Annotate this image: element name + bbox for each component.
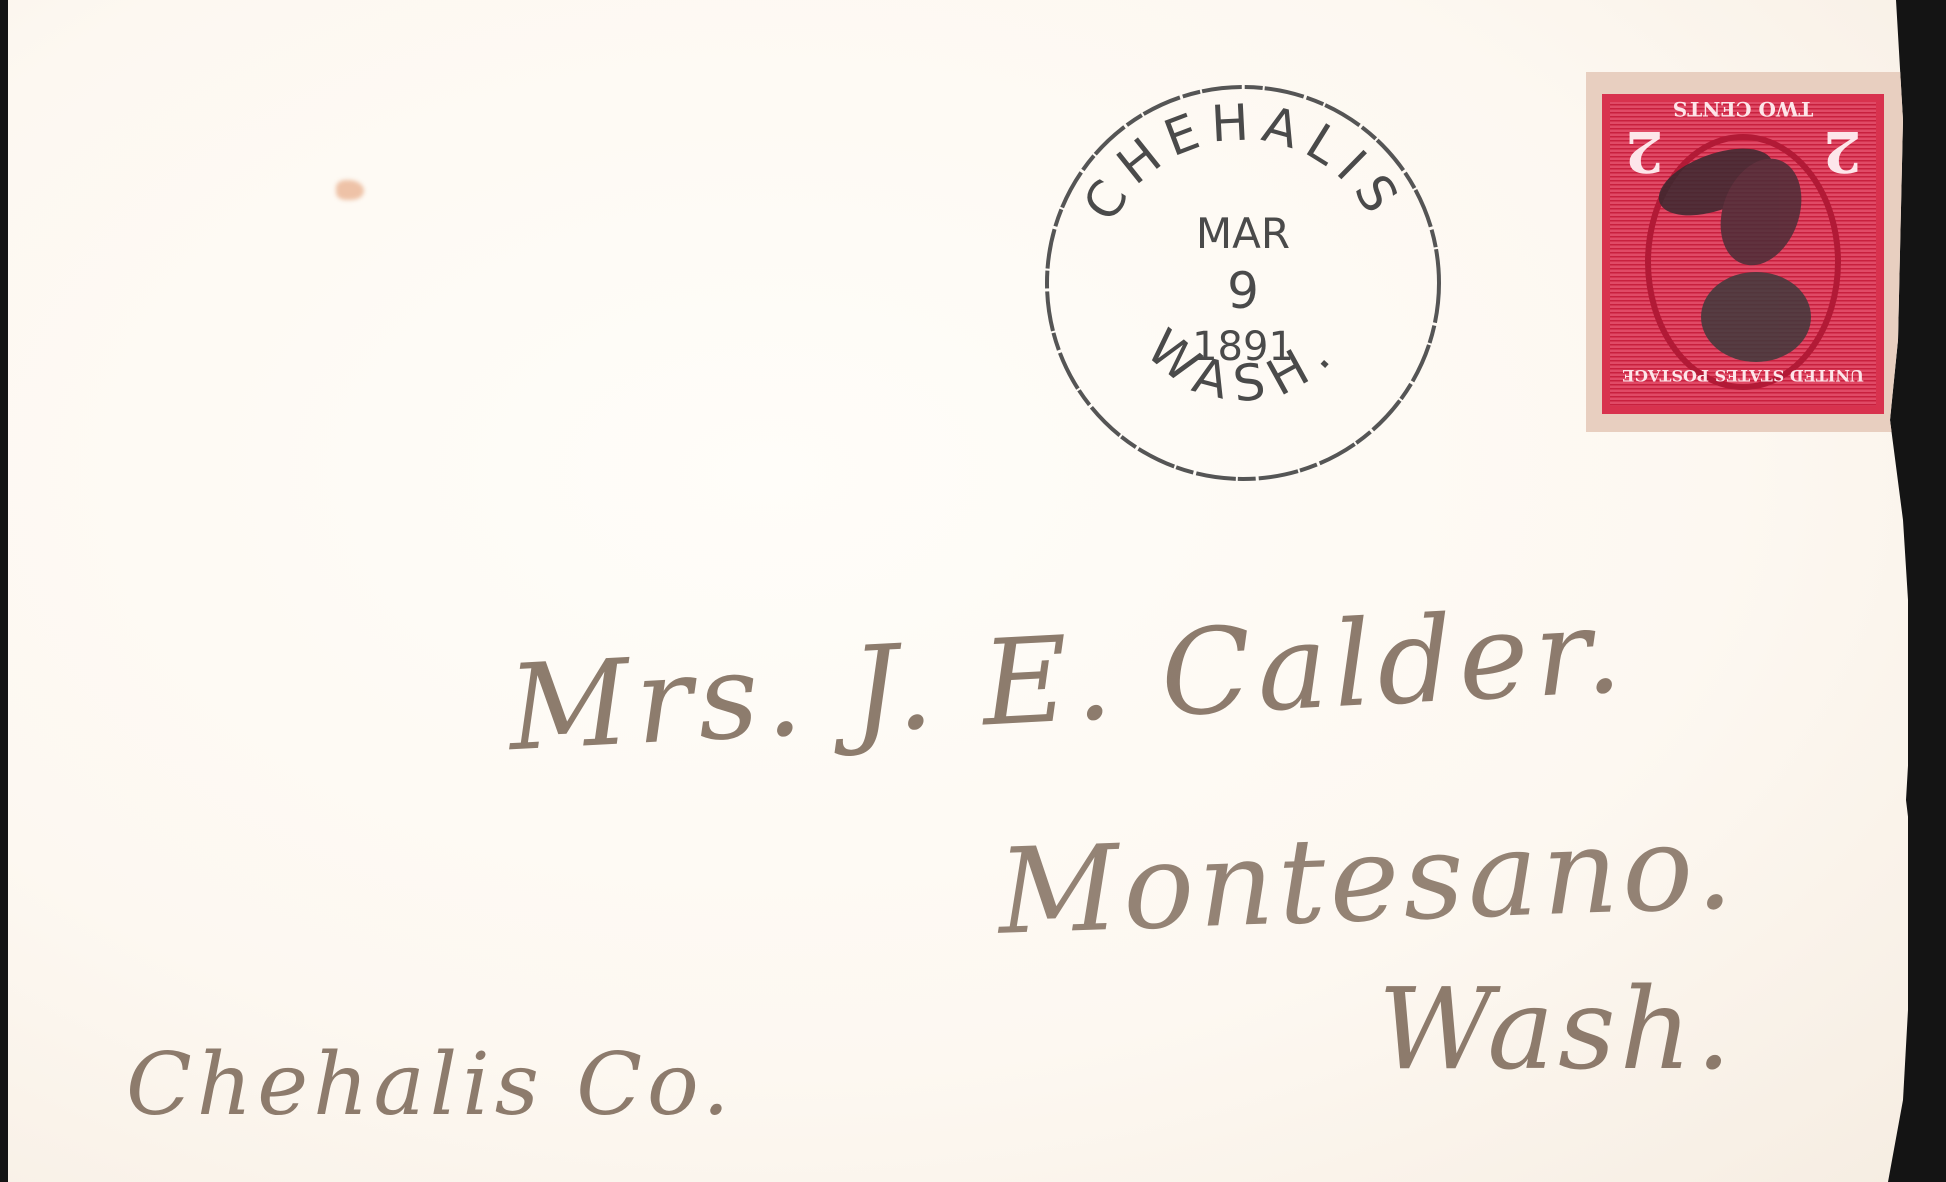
stamp-bottom-label: UNITED STATES POSTAGE [1622, 366, 1864, 385]
stamp-denomination-left: 2 [1823, 118, 1862, 184]
postmark-year: 1891 [1192, 324, 1294, 370]
recipient-name: Mrs. J. E. Calder. [505, 581, 1631, 777]
envelope: CHEHALIS WASH. MAR 9 1891 TWO CE [8, 0, 1908, 1182]
postmark: CHEHALIS WASH. MAR 9 1891 [1038, 78, 1448, 488]
postmark-day: 9 [1227, 262, 1259, 320]
recipient-city: Montesano. [996, 797, 1739, 961]
postage-stamp: TWO CENTS UNITED STATES POSTAGE 2 2 [1586, 72, 1906, 432]
sender-note: Chehalis Co. [126, 1035, 735, 1135]
stamp-top-label: TWO CENTS [1673, 97, 1814, 121]
stamp-denomination-right: 2 [1625, 118, 1664, 184]
paper-stain [336, 180, 364, 200]
postmark-month: MAR [1196, 209, 1290, 258]
recipient-state: Wash. [1378, 965, 1735, 1095]
